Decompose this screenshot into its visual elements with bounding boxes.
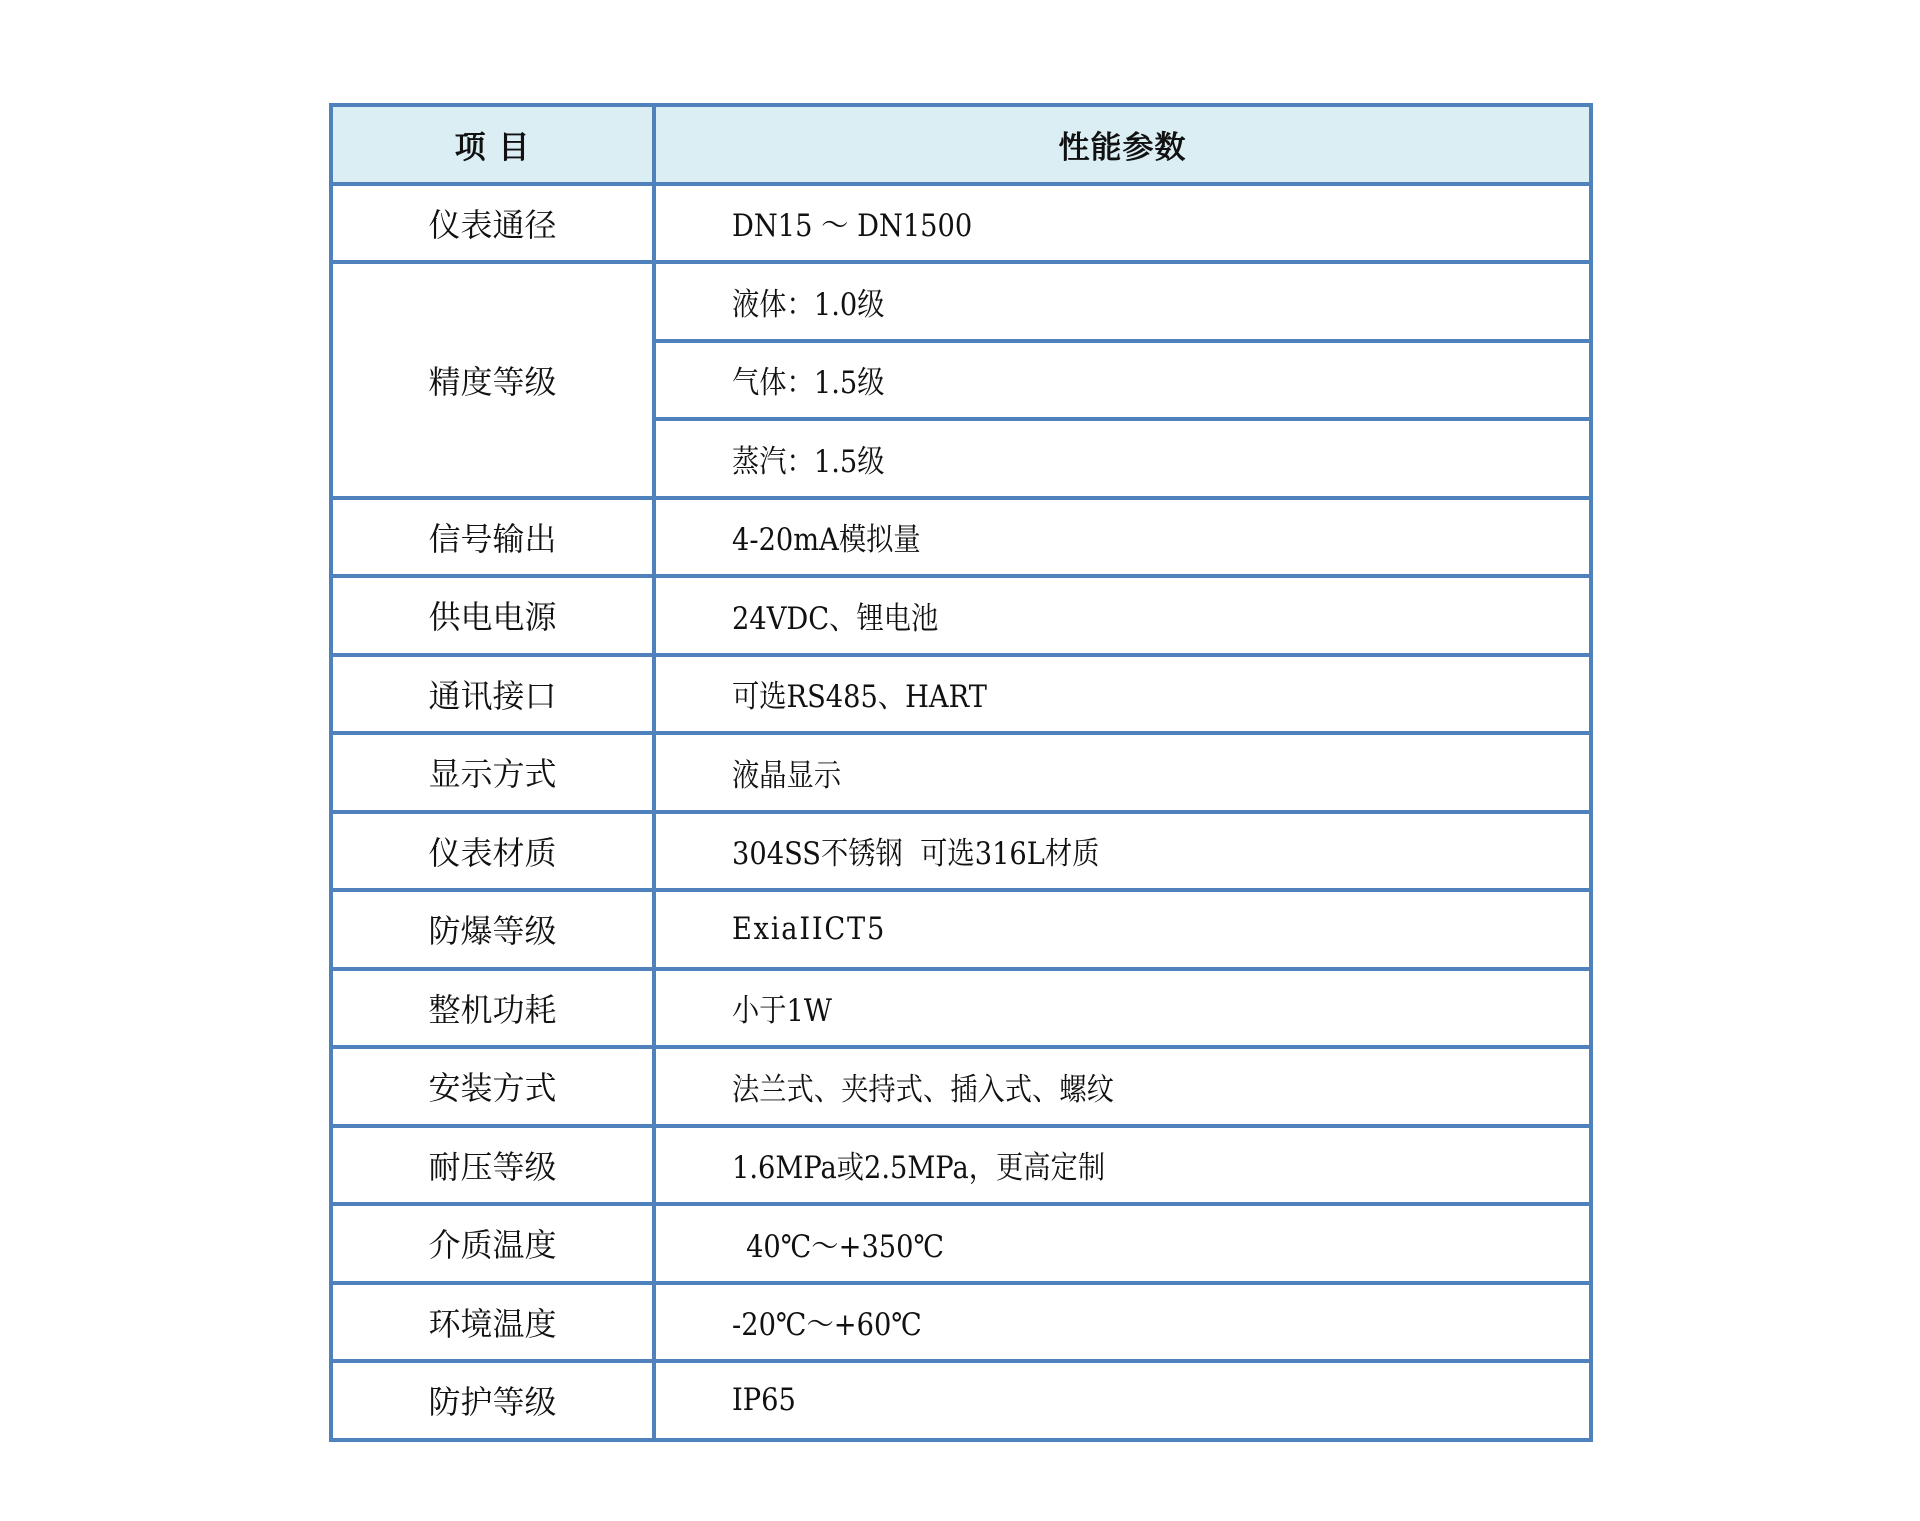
value-text: 40℃～+350℃ <box>732 1221 944 1266</box>
header-row: 项 目 性能参数 <box>331 105 1591 184</box>
table-row: 通讯接口 可选RS485、HART <box>331 655 1591 734</box>
table-row: 仪表通径 DN15 ～ DN1500 <box>331 184 1591 263</box>
row-label-signal-output: 信号输出 <box>331 498 654 577</box>
table-row: 整机功耗 小于1W <box>331 969 1591 1048</box>
row-value: ExiaIICT5 <box>654 890 1591 969</box>
row-label-accuracy: 精度等级 <box>331 262 654 498</box>
value-text: 1.6MPa或2.5MPa，更高定制 <box>732 1142 1105 1187</box>
value-text: 液体：1.0级 <box>732 279 885 324</box>
table-row: 介质温度 40℃～+350℃ <box>331 1204 1591 1283</box>
row-value: 液晶显示 <box>654 733 1591 812</box>
table-row: 环境温度 -20℃～+60℃ <box>331 1283 1591 1362</box>
table-row: 供电电源 24VDC、锂电池 <box>331 576 1591 655</box>
value-text: ExiaIICT5 <box>732 911 886 947</box>
table-row: 防爆等级 ExiaIICT5 <box>331 890 1591 969</box>
row-value: 可选RS485、HART <box>654 655 1591 734</box>
header-item: 项 目 <box>331 105 654 184</box>
header-value: 性能参数 <box>654 105 1591 184</box>
row-label-material: 仪表材质 <box>331 812 654 891</box>
row-label-power-consumption: 整机功耗 <box>331 969 654 1048</box>
row-value: 小于1W <box>654 969 1591 1048</box>
value-text: IP65 <box>732 1382 796 1418</box>
row-value: 液体：1.0级 <box>654 262 1591 341</box>
table-row: 安装方式 法兰式、夹持式、插入式、螺纹 <box>331 1047 1591 1126</box>
table-row: 显示方式 液晶显示 <box>331 733 1591 812</box>
table-row: 精度等级 液体：1.0级 <box>331 262 1591 341</box>
row-value: DN15 ～ DN1500 <box>654 184 1591 263</box>
value-text: 4-20mA模拟量 <box>732 514 921 559</box>
row-value: 蒸汽：1.5级 <box>654 419 1591 498</box>
row-label-pressure-rating: 耐压等级 <box>331 1126 654 1205</box>
value-text: 蒸汽：1.5级 <box>732 436 885 481</box>
table-row: 防护等级 IP65 <box>331 1361 1591 1440</box>
row-value: 304SS不锈钢 可选316L材质 <box>654 812 1591 891</box>
table-row: 耐压等级 1.6MPa或2.5MPa，更高定制 <box>331 1126 1591 1205</box>
value-text: 小于1W <box>732 985 832 1030</box>
row-label-ambient-temperature: 环境温度 <box>331 1283 654 1362</box>
value-text: 气体：1.5级 <box>732 357 885 402</box>
row-value: 4-20mA模拟量 <box>654 498 1591 577</box>
row-label-protection-rating: 防护等级 <box>331 1361 654 1440</box>
row-label-installation: 安装方式 <box>331 1047 654 1126</box>
row-value: 24VDC、锂电池 <box>654 576 1591 655</box>
row-value: IP65 <box>654 1361 1591 1440</box>
value-text: DN15 ～ DN1500 <box>732 200 972 245</box>
value-text: 法兰式、夹持式、插入式、螺纹 <box>732 1064 1114 1109</box>
value-text: -20℃～+60℃ <box>732 1299 922 1344</box>
row-label-comm-interface: 通讯接口 <box>331 655 654 734</box>
spec-table: 项 目 性能参数 仪表通径 DN15 ～ DN1500 精度等级 液体：1.0级… <box>329 103 1593 1442</box>
row-label-caliber: 仪表通径 <box>331 184 654 263</box>
table-row: 信号输出 4-20mA模拟量 <box>331 498 1591 577</box>
row-value: 40℃～+350℃ <box>654 1204 1591 1283</box>
row-label-medium-temperature: 介质温度 <box>331 1204 654 1283</box>
row-value: 1.6MPa或2.5MPa，更高定制 <box>654 1126 1591 1205</box>
value-text: 24VDC、锂电池 <box>732 593 938 638</box>
table-row: 仪表材质 304SS不锈钢 可选316L材质 <box>331 812 1591 891</box>
value-text: 304SS不锈钢 可选316L材质 <box>732 828 1099 873</box>
value-text: 液晶显示 <box>732 750 841 795</box>
row-label-power-supply: 供电电源 <box>331 576 654 655</box>
row-value: -20℃～+60℃ <box>654 1283 1591 1362</box>
row-value: 气体：1.5级 <box>654 341 1591 420</box>
value-text: 可选RS485、HART <box>732 671 987 716</box>
row-value: 法兰式、夹持式、插入式、螺纹 <box>654 1047 1591 1126</box>
row-label-explosion-proof: 防爆等级 <box>331 890 654 969</box>
row-label-display: 显示方式 <box>331 733 654 812</box>
